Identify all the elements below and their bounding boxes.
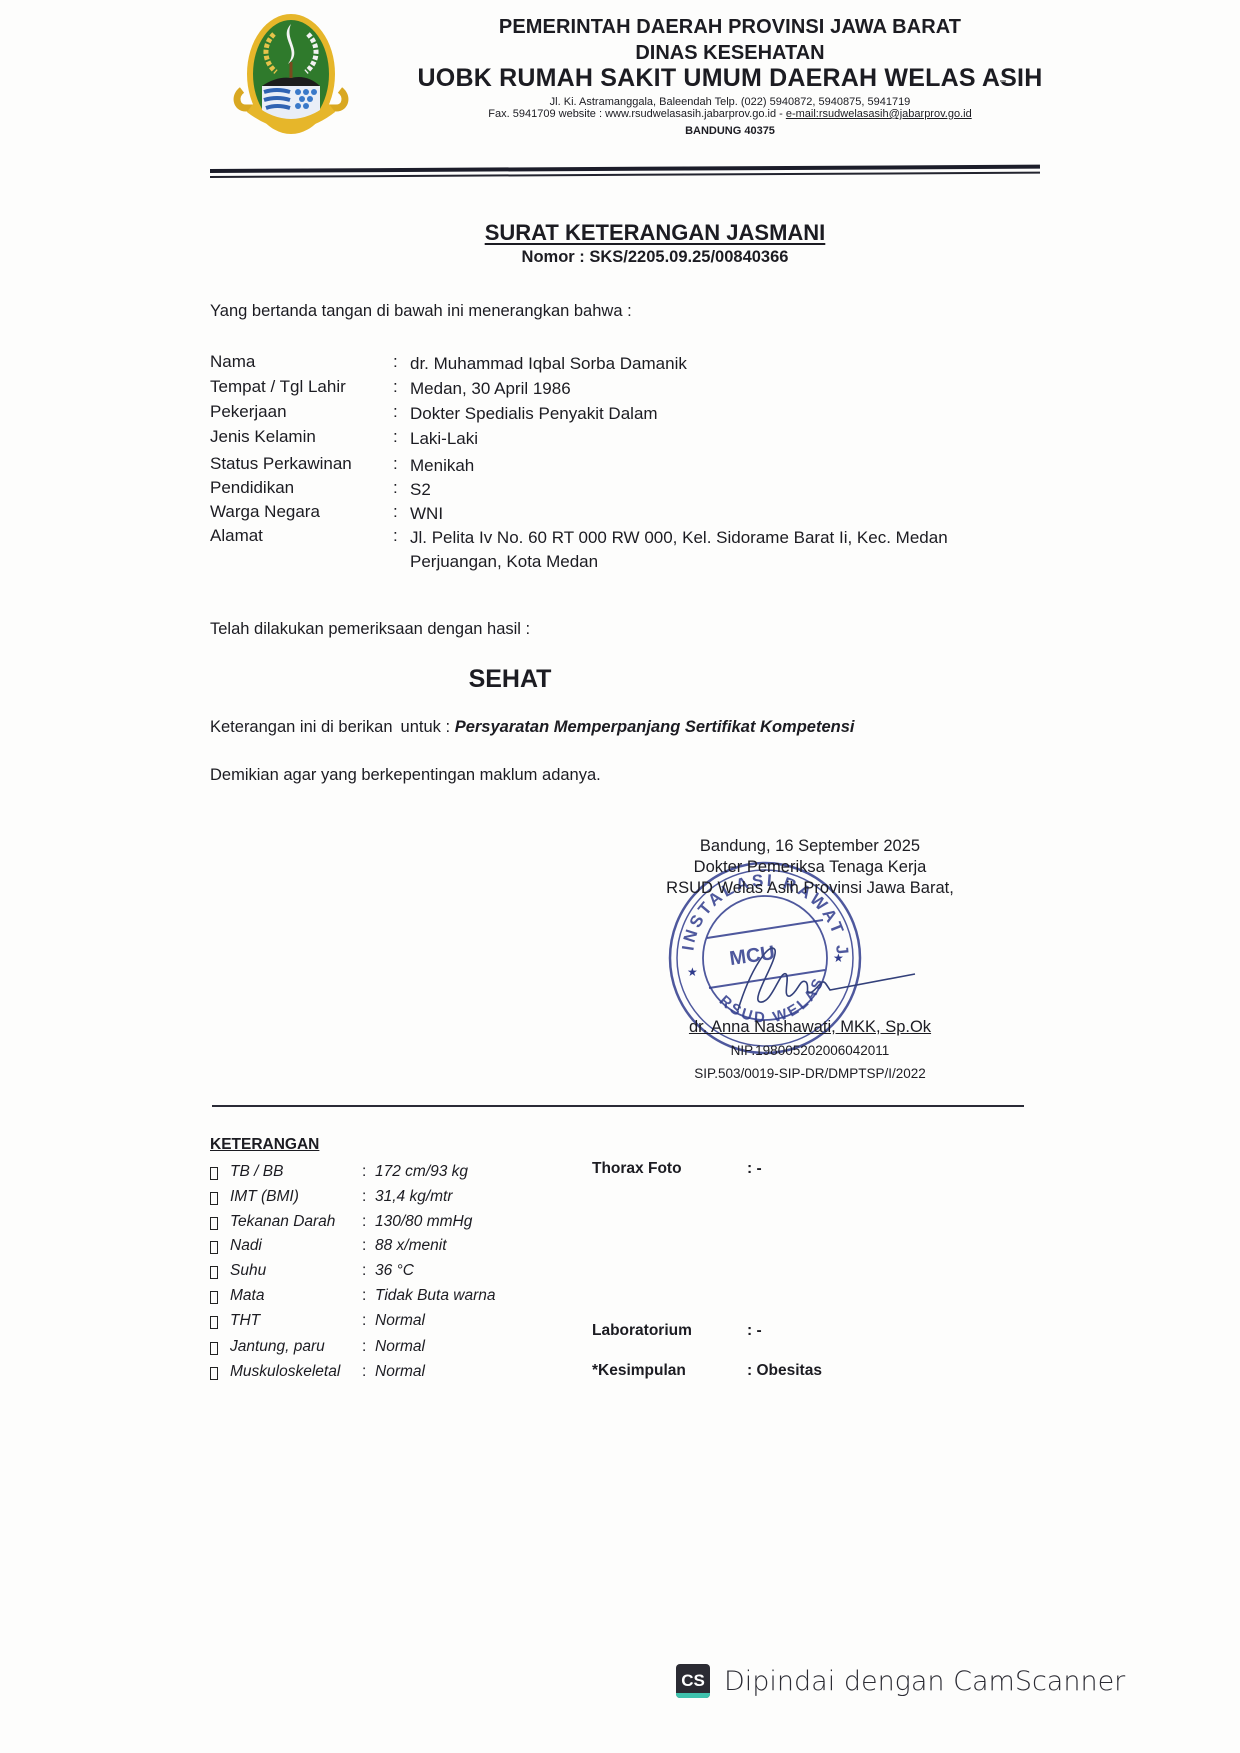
signatory-sip: SIP.503/0019-SIP-DR/DMPTSP/I/2022 [640, 1063, 980, 1084]
keterangan-colon: : [362, 1338, 366, 1356]
identity-value: Medan, 30 April 1986 [410, 377, 1010, 401]
letterhead-government: PEMERINTAH DAERAH PROVINSI JAWA BARAT [340, 16, 1120, 39]
checkbox-icon [210, 1241, 218, 1254]
kesimpulan-value: : Obesitas [747, 1362, 822, 1380]
identity-label: Warga Negara [210, 502, 320, 522]
keterangan-colon: : [362, 1363, 366, 1381]
checkbox-icon [210, 1217, 218, 1230]
letterhead-address: Jl. Ki. Astramanggala, Baleendah Telp. (… [340, 96, 1120, 108]
keterangan-colon: : [362, 1262, 366, 1280]
camscanner-text: Dipindai dengan CamScanner [724, 1666, 1125, 1697]
identity-colon: : [393, 402, 398, 422]
letterhead-city: BANDUNG 40375 [340, 125, 1120, 137]
identity-colon: : [393, 478, 398, 498]
identity-colon: : [393, 377, 398, 397]
identity-colon: : [393, 526, 398, 546]
keterangan-label: Nadi [230, 1237, 262, 1255]
checkbox-icon [210, 1167, 218, 1180]
purpose-mid: untuk : [401, 718, 451, 736]
identity-value: dr. Muhammad Iqbal Sorba Damanik [410, 352, 1010, 376]
signature-place-date: Bandung, 16 September 2025 [640, 836, 980, 857]
letterhead-fax-website: Fax. 5941709 website : www.rsudwelasasih… [488, 108, 786, 120]
checkbox-icon [210, 1192, 218, 1205]
identity-value: Menikah [410, 454, 1010, 478]
letterhead-email: e-mail:rsudwelasasih@jabarprov.go.id [786, 108, 972, 120]
keterangan-value: 88 x/menit [375, 1237, 447, 1255]
keterangan-value: Normal [375, 1338, 425, 1356]
letterhead-divider-thin [210, 172, 1040, 178]
letterhead-department: DINAS KESEHATAN [340, 42, 1120, 65]
laboratorium-label: Laboratorium [592, 1322, 692, 1340]
checkbox-icon [210, 1291, 218, 1304]
keterangan-label: TB / BB [230, 1163, 283, 1181]
identity-label: Tempat / Tgl Lahir [210, 377, 346, 397]
keterangan-label: THT [230, 1312, 260, 1330]
keterangan-label: IMT (BMI) [230, 1188, 299, 1206]
signatory-name: dr. Anna Nashawati, MKK, Sp.Ok [640, 1017, 980, 1038]
keterangan-colon: : [362, 1312, 366, 1330]
keterangan-label: Jantung, paru [230, 1338, 325, 1356]
letterhead-contact: Fax. 5941709 website : www.rsudwelasasih… [340, 108, 1120, 120]
identity-colon: : [393, 454, 398, 474]
signatory-nip: NIP.198005202006042011 [640, 1040, 980, 1061]
identity-value: Jl. Pelita Iv No. 60 RT 000 RW 000, Kel.… [410, 526, 1010, 574]
keterangan-colon: : [362, 1163, 366, 1181]
identity-label: Pendidikan [210, 478, 294, 498]
purpose-text: Persyaratan Memperpanjang Sertifikat Kom… [455, 718, 855, 736]
closing-text: Demikian agar yang berkepentingan maklum… [210, 766, 601, 785]
intro-text: Yang bertanda tangan di bawah ini menera… [210, 302, 632, 321]
signature-scribble-icon [720, 930, 920, 1020]
section-divider [212, 1105, 1024, 1107]
identity-colon: : [393, 427, 398, 447]
identity-label: Nama [210, 352, 255, 372]
identity-value: Dokter Spedialis Penyakit Dalam [410, 402, 1010, 426]
camscanner-watermark: CS Dipindai dengan CamScanner [676, 1664, 1125, 1698]
west-java-emblem-icon [232, 12, 350, 140]
checkbox-icon [210, 1342, 218, 1355]
handwritten-signature [720, 930, 920, 1020]
exam-intro: Telah dilakukan pemeriksaan dengan hasil… [210, 620, 530, 639]
keterangan-label: Mata [230, 1287, 264, 1305]
keterangan-value: 36 °C [375, 1262, 414, 1280]
purpose-line: Keterangan ini di berikanuntuk : Persyar… [210, 718, 854, 737]
keterangan-value: 130/80 mmHg [375, 1213, 472, 1231]
keterangan-label: Suhu [230, 1262, 266, 1280]
keterangan-title: KETERANGAN [210, 1136, 319, 1154]
identity-colon: : [393, 352, 398, 372]
identity-label: Alamat [210, 526, 263, 546]
keterangan-colon: : [362, 1188, 366, 1206]
province-emblem-logo [232, 12, 350, 140]
camscanner-logo-icon: CS [676, 1664, 710, 1698]
identity-value: S2 [410, 478, 1010, 502]
keterangan-label: Tekanan Darah [230, 1213, 335, 1231]
identity-value: Laki-Laki [410, 427, 1010, 451]
keterangan-label: Muskuloskeletal [230, 1363, 340, 1381]
keterangan-colon: : [362, 1237, 366, 1255]
exam-result: SEHAT [210, 665, 810, 694]
checkbox-icon [210, 1367, 218, 1380]
identity-value: WNI [410, 502, 1010, 526]
purpose-prefix: Keterangan ini di berikan [210, 718, 393, 736]
thorax-label: Thorax Foto [592, 1160, 682, 1178]
keterangan-value: Tidak Buta warna [375, 1287, 495, 1305]
identity-label: Jenis Kelamin [210, 427, 316, 447]
svg-text:★: ★ [687, 965, 698, 979]
keterangan-value: 31,4 kg/mtr [375, 1188, 453, 1206]
keterangan-value: 172 cm/93 kg [375, 1163, 468, 1181]
document-number: Nomor : SKS/2205.09.25/00840366 [210, 248, 1010, 267]
keterangan-colon: : [362, 1213, 366, 1231]
identity-label: Pekerjaan [210, 402, 287, 422]
laboratorium-value: : - [747, 1322, 762, 1340]
signature-role: Dokter Pemeriksa Tenaga Kerja [640, 857, 980, 878]
identity-label: Status Perkawinan [210, 454, 352, 474]
thorax-value: : - [747, 1160, 762, 1178]
keterangan-value: Normal [375, 1312, 425, 1330]
keterangan-value: Normal [375, 1363, 425, 1381]
keterangan-colon: : [362, 1287, 366, 1305]
document-title: SURAT KETERANGAN JASMANI [210, 220, 1010, 246]
identity-colon: : [393, 502, 398, 522]
signature-institution: RSUD Welas Asih Provinsi Jawa Barat, [640, 878, 980, 899]
kesimpulan-label: *Kesimpulan [592, 1362, 686, 1380]
scan-speck [1000, 80, 1006, 82]
checkbox-icon [210, 1316, 218, 1329]
letterhead-hospital-name: UOBK RUMAH SAKIT UMUM DAERAH WELAS ASIH [340, 64, 1120, 93]
checkbox-icon [210, 1266, 218, 1279]
